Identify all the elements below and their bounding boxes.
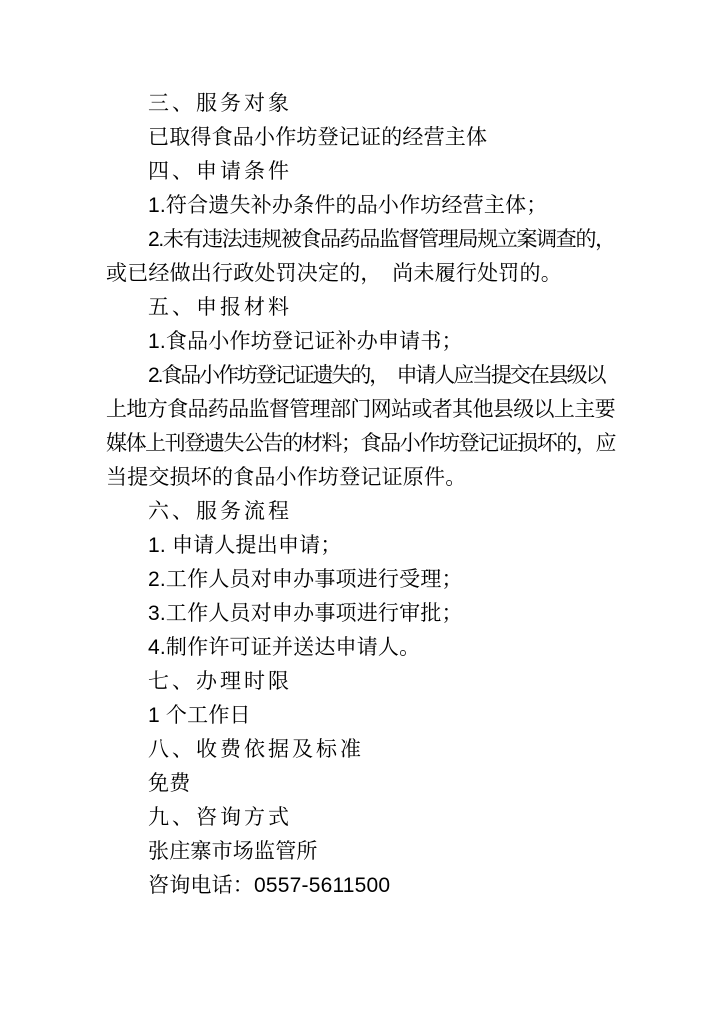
- text-line: 1.符合遗失补办条件的品小作坊经营主体；: [106, 189, 615, 223]
- section-heading: 七、办理时限: [106, 665, 615, 699]
- text-line: 2.食品小作坊登记证遗失的， 申请人应当提交在县级以: [106, 359, 615, 393]
- section-heading: 九、咨询方式: [106, 801, 615, 835]
- text-line: 4.制作许可证并送达申请人。: [106, 631, 615, 665]
- text-line: 上地方食品药品监督管理部门网站或者其他县级以上主要: [106, 393, 615, 427]
- section-heading: 八、收费依据及标准: [106, 733, 615, 767]
- document-page: 三、服务对象已取得食品小作坊登记证的经营主体四、申请条件1.符合遗失补办条件的品…: [0, 0, 715, 1011]
- section-heading: 五、申报材料: [106, 291, 615, 325]
- text-line: 咨询电话：0557-5611500: [106, 869, 615, 903]
- text-line: 当提交损坏的食品小作坊登记证原件。: [106, 461, 615, 495]
- text-line: 1 个工作日: [106, 699, 615, 733]
- text-line: 3.工作人员对申办事项进行审批；: [106, 597, 615, 631]
- document-text: 三、服务对象已取得食品小作坊登记证的经营主体四、申请条件1.符合遗失补办条件的品…: [106, 87, 615, 903]
- text-line: 或已经做出行政处罚决定的， 尚未履行处罚的。: [106, 257, 615, 291]
- text-line: 2.未有违法违规被食品药品监督管理局规立案调查的，: [106, 223, 615, 257]
- section-heading: 六、服务流程: [106, 495, 615, 529]
- text-line: 免费: [106, 767, 615, 801]
- text-line: 1. 申请人提出申请；: [106, 529, 615, 563]
- section-heading: 三、服务对象: [106, 87, 615, 121]
- text-line: 媒体上刊登遗失公告的材料；食品小作坊登记证损坏的，应: [106, 427, 615, 461]
- text-line: 已取得食品小作坊登记证的经营主体: [106, 121, 615, 155]
- text-line: 张庄寨市场监管所: [106, 835, 615, 869]
- text-line: 1.食品小作坊登记证补办申请书；: [106, 325, 615, 359]
- text-line: 2.工作人员对申办事项进行受理；: [106, 563, 615, 597]
- section-heading: 四、申请条件: [106, 155, 615, 189]
